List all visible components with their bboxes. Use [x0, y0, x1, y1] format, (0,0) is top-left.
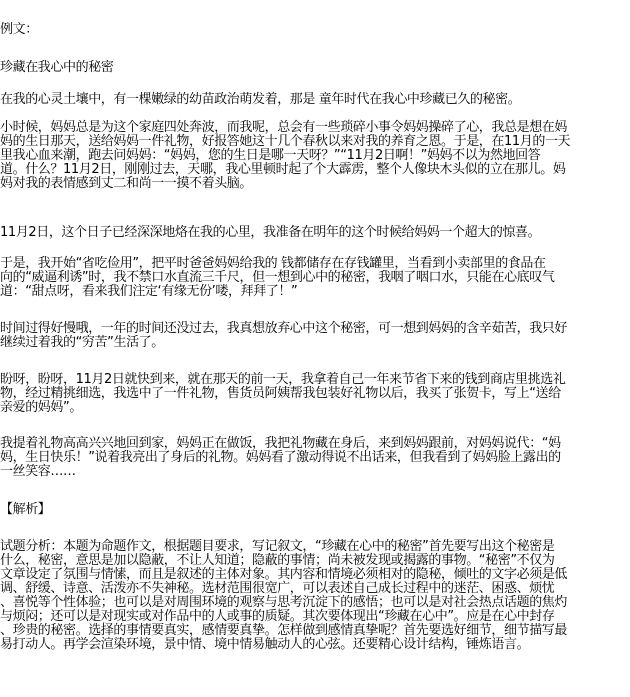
analysis-heading: 【解析】: [0, 503, 630, 517]
example-label-text: 例文：: [0, 23, 630, 37]
paragraph-4: 时间过得好慢哦，一年的时间还没过去，我真想放弃心中这个秘密，可一想到妈妈的含辛茹…: [0, 322, 630, 350]
paragraph-5: 盼呀，盼呀，11月2日就快到来，就在那天的前一天，我拿着自己一年来节省下来的钱到…: [0, 373, 630, 415]
essay-title: 珍藏在我心中的秘密: [0, 61, 630, 75]
analysis-line: 试题分析：本题为命题作文，根据题目要求，写记叙文，“珍藏在心中的秘密”首先要写出…: [0, 540, 630, 554]
paragraph-line: 妈对我的表情感到丈二和尚一一摸不着头脑。: [0, 177, 630, 191]
analysis-line: 文章设定了氛围与情愫，而且是叙述的主体对象。其内容和情境必须相对的隐秘，倾吐的文…: [0, 568, 630, 582]
paragraph-1: 小时候，妈妈总是为这个家庭四处奔波，而我呢，总会有一些琐碎小事令妈妈操碎了心，我…: [0, 121, 630, 191]
paragraph-line: 妈，生日快乐！”说着我亮出了身后的礼物。妈妈看了激动得说不出话来，但我看到了妈妈…: [0, 451, 630, 465]
example-label: 例文：: [0, 23, 630, 37]
paragraph-2: 11月2日，这个日子已经深深地烙在我的心里，我准备在明年的这个时候给妈妈一个超大…: [0, 226, 630, 240]
analysis-heading-text: 【解析】: [0, 503, 630, 517]
paragraph-6: 我提着礼物高高兴兴地回到家，妈妈正在做饭，我把礼物藏在身后，来到妈妈跟前，对妈妈…: [0, 437, 630, 479]
analysis-line: 易打动人。再学会渲染环境，景中情、境中情易触动人的心弦。还要精心设计结构，锤炼语…: [0, 638, 630, 652]
paragraph-line: 于是，我开始“省吃俭用”，把平时爸爸妈妈给我的 钱都储存在存钱罐里，当看到小卖部…: [0, 257, 630, 271]
analysis-line: 、珍贵的秘密。选择的事情要真实，感情要真挚。怎样做到感情真挚呢？首先要选好细节，…: [0, 624, 630, 638]
paragraph-line: 小时候，妈妈总是为这个家庭四处奔波，而我呢，总会有一些琐碎小事令妈妈操碎了心，我…: [0, 121, 630, 135]
paragraph-line: 妈的生日那天，送给妈妈一件礼物，好报答她这十几个春秋以来对我的养育之恩。于是，在…: [0, 135, 630, 149]
paragraph-line: 道：“甜点呀，看来我们注定‘有缘无份’喽，拜拜了！”: [0, 285, 630, 299]
analysis-body: 试题分析：本题为命题作文，根据题目要求，写记叙文，“珍藏在心中的秘密”首先要写出…: [0, 540, 630, 652]
paragraph-line: 物，经过精挑细选，我选中了一件礼物，售货员阿姨帮我包装好礼物以后，我买了张贺卡，…: [0, 387, 630, 401]
paragraph-line: 向的“威逼利诱”时，我不禁口水直流三千尺，但一想到心中的秘密，我咽了咽口水，只能…: [0, 271, 630, 285]
paragraph-line: 里我心血来潮，跑去问妈妈：“妈妈，您的生日是哪一天呀？”“11月2日啊！”妈妈不…: [0, 149, 630, 163]
paragraph-line: 11月2日，这个日子已经深深地烙在我的心里，我准备在明年的这个时候给妈妈一个超大…: [0, 226, 630, 240]
paragraph-line: 一丝笑容……: [0, 465, 630, 479]
analysis-line: 、喜悦等个性体验；也可以是对周围环境的观察与思考沉淀下的感悟；也可以是对社会热点…: [0, 596, 630, 610]
paragraph-3: 于是，我开始“省吃俭用”，把平时爸爸妈妈给我的 钱都储存在存钱罐里，当看到小卖部…: [0, 257, 630, 299]
analysis-line: 与烦闷；还可以是对现实或对作品中的人或事的质疑。其次要体现出“珍藏在心中”。应是…: [0, 610, 630, 624]
analysis-line: 调、舒缓、诗意、活泼亦不失神秘。选材范围很宽广，可以表述自己成长过程中的迷茫、困…: [0, 582, 630, 596]
intro-text: 在我的心灵土壤中，有一棵嫩绿的幼苗政治萌发着，那是 童年时代在我心中珍藏已久的秘…: [0, 93, 630, 107]
essay-intro: 在我的心灵土壤中，有一棵嫩绿的幼苗政治萌发着，那是 童年时代在我心中珍藏已久的秘…: [0, 93, 630, 107]
essay-title-text: 珍藏在我心中的秘密: [0, 61, 630, 75]
paragraph-line: 我提着礼物高高兴兴地回到家，妈妈正在做饭，我把礼物藏在身后，来到妈妈跟前，对妈妈…: [0, 437, 630, 451]
analysis-line: 什么，秘密，意思是加以隐蔽，不让人知道；隐蔽的事情；尚未被发现或揭露的事物。“秘…: [0, 554, 630, 568]
paragraph-line: 亲爱的妈妈”。: [0, 401, 630, 415]
paragraph-line: 道。什么？11月2日，刚刚过去，天哪，我心里顿时起了个大霹雳，整个人像块木头似的…: [0, 163, 630, 177]
paragraph-line: 继续过着我的“穷苦”生活了。: [0, 336, 630, 350]
paragraph-line: 时间过得好慢哦，一年的时间还没过去，我真想放弃心中这个秘密，可一想到妈妈的含辛茹…: [0, 322, 630, 336]
paragraph-line: 盼呀，盼呀，11月2日就快到来，就在那天的前一天，我拿着自己一年来节省下来的钱到…: [0, 373, 630, 387]
